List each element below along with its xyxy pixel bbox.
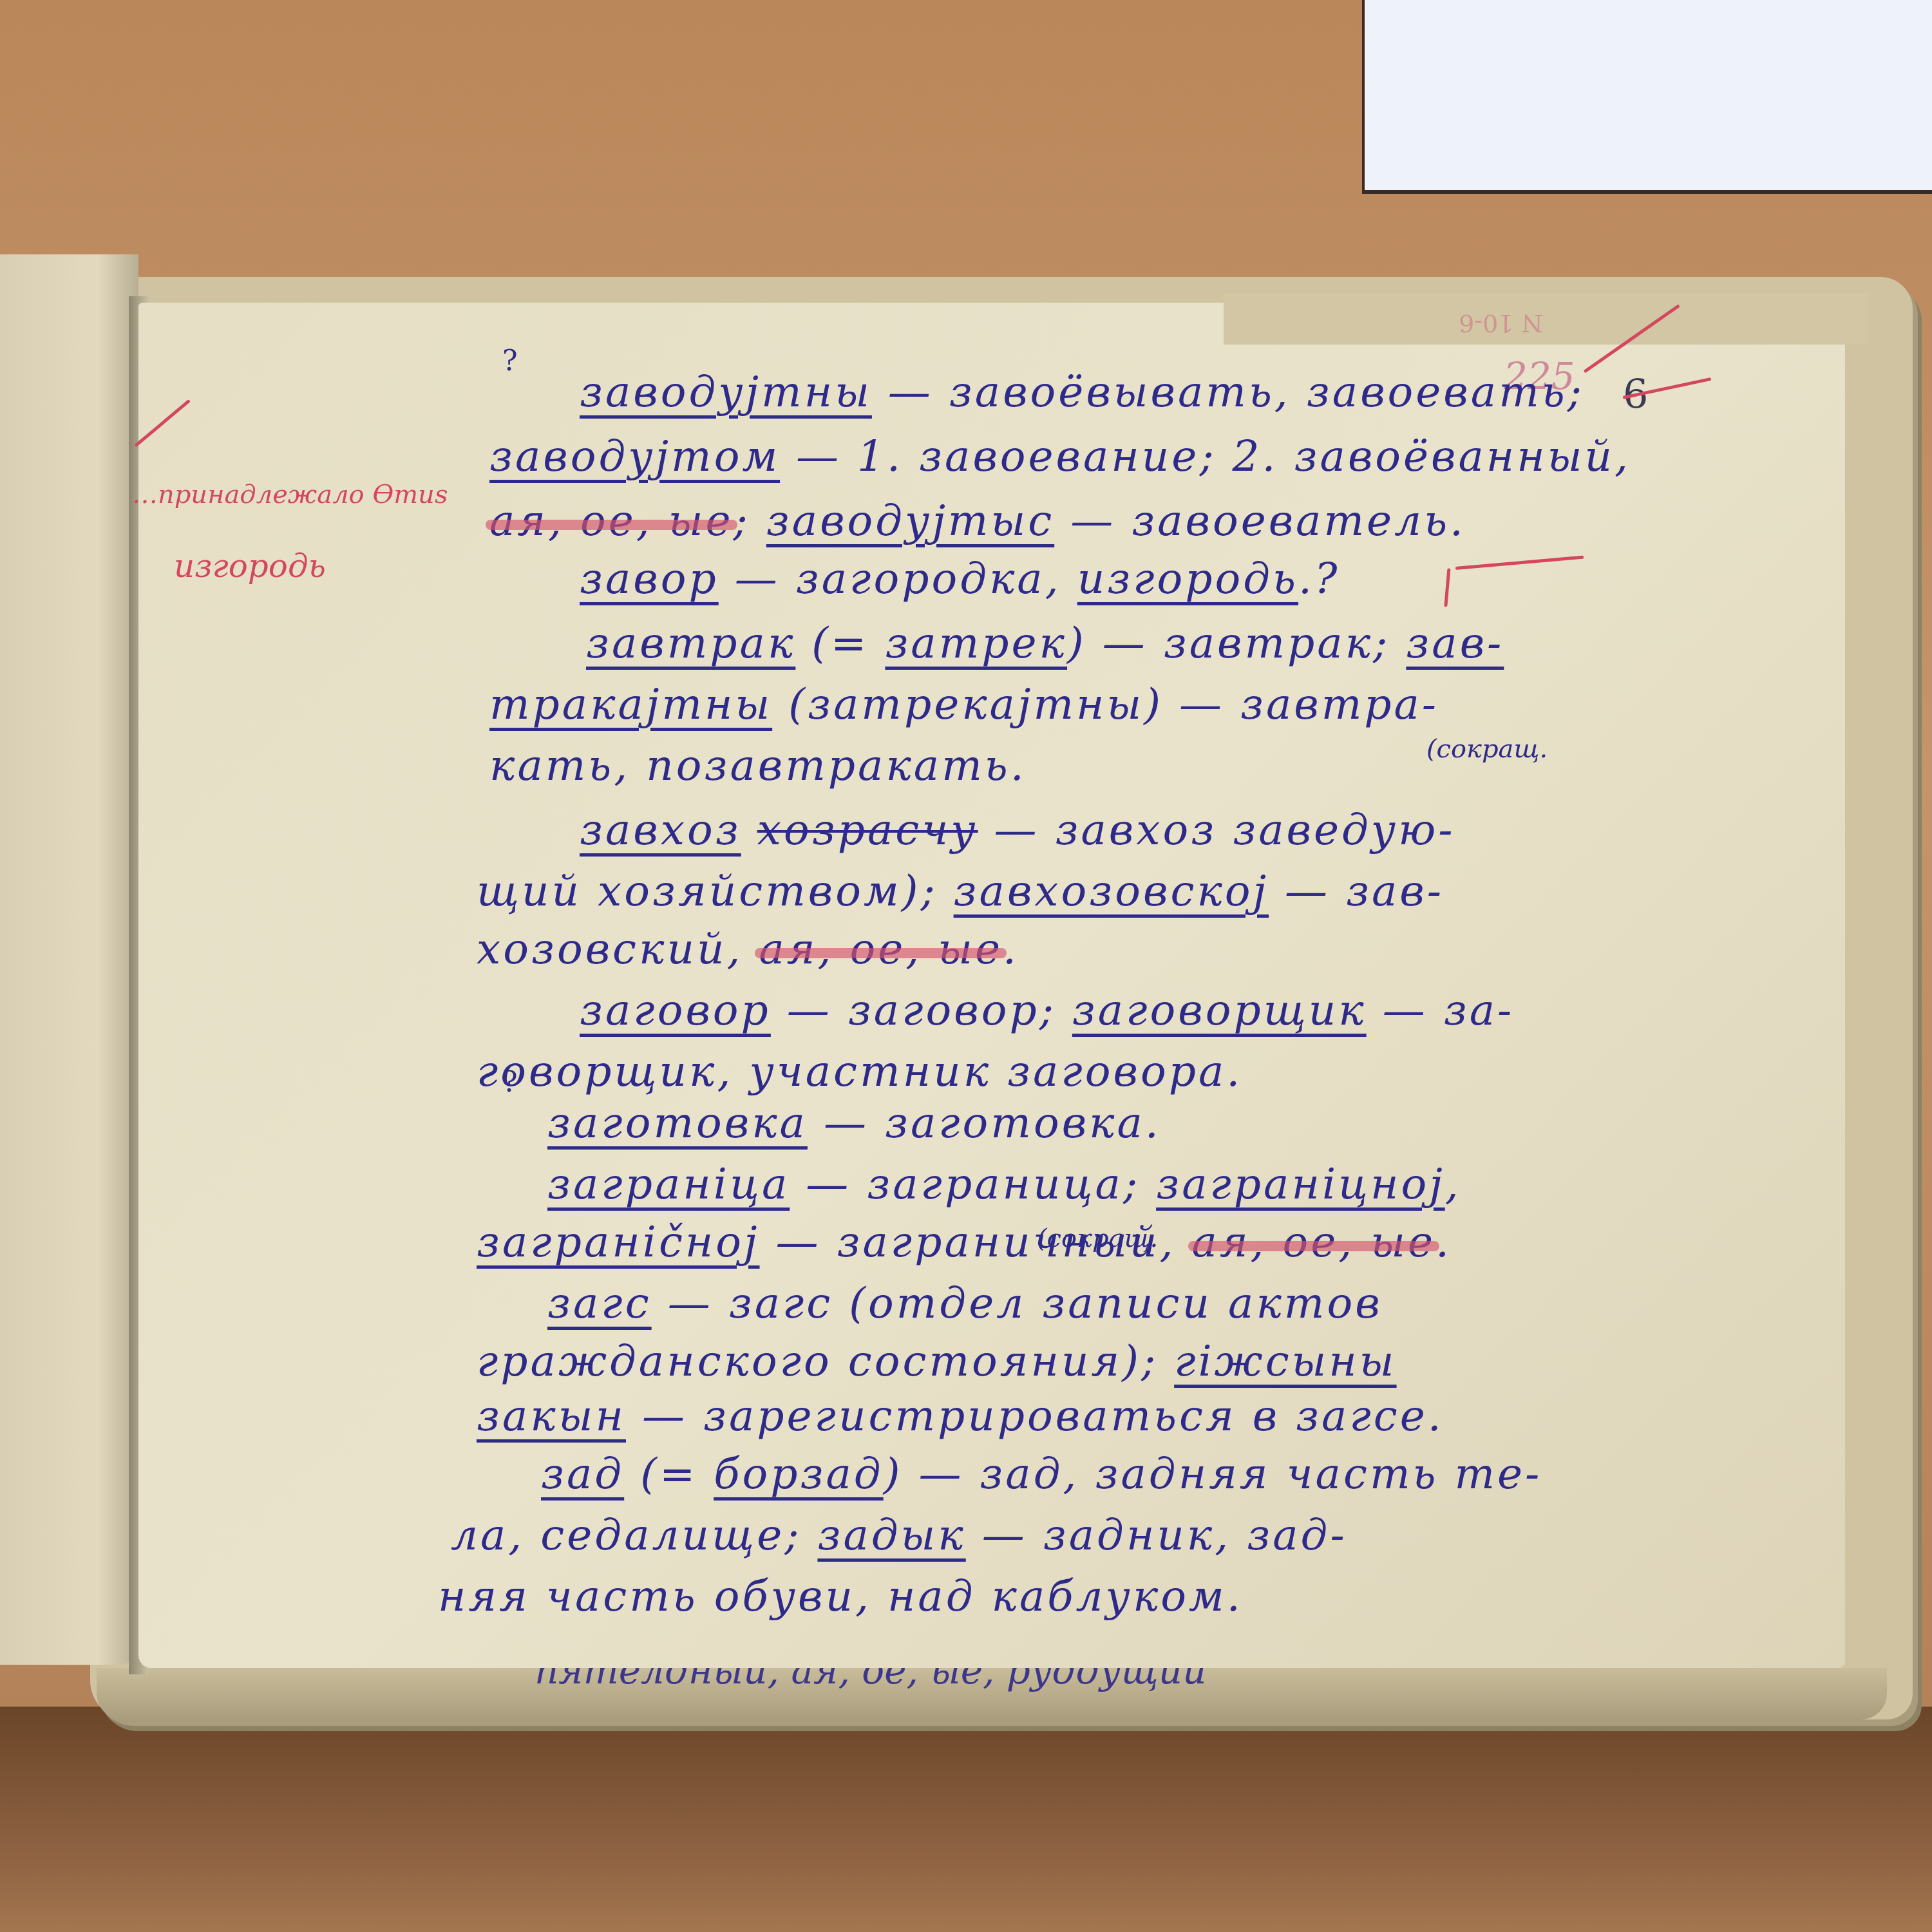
entry-line: зад (= борзад) — зад, задняя часть те-	[541, 1449, 1542, 1499]
definition: — загс (отдел записи актов	[652, 1278, 1383, 1328]
headword: заговор	[580, 985, 771, 1035]
entry-line: ая, ое, ые; заводујтыс — завоеватель.	[489, 496, 1466, 545]
entry-line: завхоз хозрасчу — завхоз заведую-	[580, 805, 1455, 855]
headword: заводујтны	[580, 367, 872, 417]
headword: затрек	[885, 618, 1067, 668]
entry-line: завтрак (= затрек) — завтрак; зав-	[586, 618, 1504, 668]
definition: — заговор;	[771, 985, 1072, 1035]
definition: — завхоз	[978, 805, 1233, 855]
definition: — заграница;	[790, 1159, 1156, 1209]
definition: заведую-	[1233, 805, 1455, 855]
entry-line: заграніца — заграница; заграніцној,	[547, 1159, 1461, 1209]
top-strip-note: N 10-6	[1459, 309, 1543, 337]
headword: изгородь	[1077, 554, 1298, 603]
headword: заводујтыс	[766, 496, 1054, 545]
definition: — 1. завоевание; 2. завоёванный,	[780, 431, 1631, 481]
headword: закын	[477, 1391, 626, 1441]
headword: зад	[541, 1449, 624, 1499]
struck-endings: ая, ое, ые	[489, 496, 734, 545]
entry-line: закын — зарегистрироваться в загсе.	[477, 1391, 1444, 1441]
headword: заграніца	[547, 1159, 790, 1209]
punct: (=	[795, 618, 885, 668]
entry-line: щий хозяйством); завхозовској — зав-	[477, 866, 1444, 916]
definition: — заготовка.	[808, 1098, 1161, 1148]
white-paper-sheet	[1362, 0, 1932, 194]
headword: заводујтом	[489, 431, 780, 481]
headword: заграніцној	[1156, 1159, 1445, 1209]
entry-line: гражданского состояния); гіжсыны	[477, 1336, 1397, 1386]
entry-line: заводујтом — 1. завоевание; 2. завоёванн…	[489, 431, 1631, 481]
entry-line: кать, позавтракать.	[489, 741, 1027, 790]
definition: щий хозяйством);	[477, 866, 954, 916]
margin-note-line2: изгородь	[174, 547, 326, 585]
definition: — зав-	[1269, 866, 1444, 916]
headword: заграніčној	[477, 1217, 760, 1267]
torn-top-strip	[1224, 293, 1868, 345]
headword: завор	[580, 554, 719, 603]
desk-shadow	[0, 1707, 1932, 1932]
headword: завтрак	[586, 618, 795, 668]
entry-line: заграніčној — заграничный, ая, ое, ые.	[477, 1217, 1452, 1267]
struck-endings: ая, ое, ые	[759, 924, 1003, 974]
entry-line: тракајтны (затрекајтны) — завтра-	[489, 679, 1439, 729]
definition: — загородка,	[719, 554, 1077, 603]
abbreviation-note: (сокращ.	[1426, 734, 1548, 764]
definition: — завоеватель.	[1054, 496, 1466, 545]
entry-line: хозовский, ая, ое, ые.	[477, 924, 1019, 974]
entry-line: заговор — заговор; заговорщик — за-	[580, 985, 1514, 1035]
entry-line: говорщик, участник заговора.	[477, 1046, 1242, 1096]
definition: ) — завтрак;	[1067, 618, 1406, 668]
punct: .?	[1298, 554, 1340, 603]
definition: — зарегистрироваться в загсе.	[626, 1391, 1444, 1441]
headword: борзад	[714, 1449, 883, 1499]
definition: ) — зад, задняя часть те-	[884, 1449, 1542, 1499]
definition: — заграничный,	[760, 1217, 1192, 1267]
definition: — за-	[1367, 985, 1515, 1035]
struck-endings: ая, ое, ые	[1192, 1217, 1436, 1267]
punct: ;	[734, 496, 766, 545]
punct: ,	[1445, 1159, 1461, 1209]
crossed-word: хозрасчу	[757, 805, 978, 855]
headword: зав-	[1406, 618, 1504, 668]
entry-line: загс — загс (отдел записи актов	[547, 1278, 1383, 1328]
definition: ла, седалище;	[451, 1510, 817, 1560]
headword: задык	[817, 1510, 965, 1560]
definition: гражданского состояния);	[477, 1336, 1174, 1386]
headword: заговорщик	[1072, 985, 1367, 1035]
entry-line: ла, седалище; задык — задник, зад-	[451, 1510, 1347, 1560]
left-page	[0, 254, 138, 1665]
entry-line: завор — загородка, изгородь.?	[580, 554, 1340, 603]
headword: тракајтны	[489, 679, 772, 729]
definition: кать, позавтракать.	[489, 741, 1027, 790]
headword: гіжсыны	[1174, 1336, 1396, 1386]
entry-line: заводујтны — завоёвывать, завоевать;	[580, 367, 1584, 417]
definition: говорщик, участник заговора.	[477, 1046, 1242, 1096]
entry-line: няя часть обуви, над каблуком.	[438, 1571, 1243, 1621]
entry-line: заготовка — заготовка.	[547, 1098, 1161, 1148]
definition: (затрекајтны) — завтра-	[772, 679, 1439, 729]
headword: заготовка	[547, 1098, 808, 1148]
margin-note-line1: …принадлежало Ѳтиs	[132, 480, 448, 509]
query-mark: ?	[502, 345, 518, 377]
definition: — задник, зад-	[966, 1510, 1347, 1560]
punct: .	[1435, 1217, 1452, 1267]
definition: няя часть обуви, над каблуком.	[438, 1571, 1243, 1621]
headword: завхоз	[580, 805, 741, 855]
punct	[741, 805, 757, 855]
definition: — завоёвывать, завоевать;	[872, 367, 1584, 417]
headword: загс	[547, 1278, 652, 1328]
punct: (=	[624, 1449, 714, 1499]
headword: завхозовској	[954, 866, 1269, 916]
definition: хозовский,	[477, 924, 759, 974]
